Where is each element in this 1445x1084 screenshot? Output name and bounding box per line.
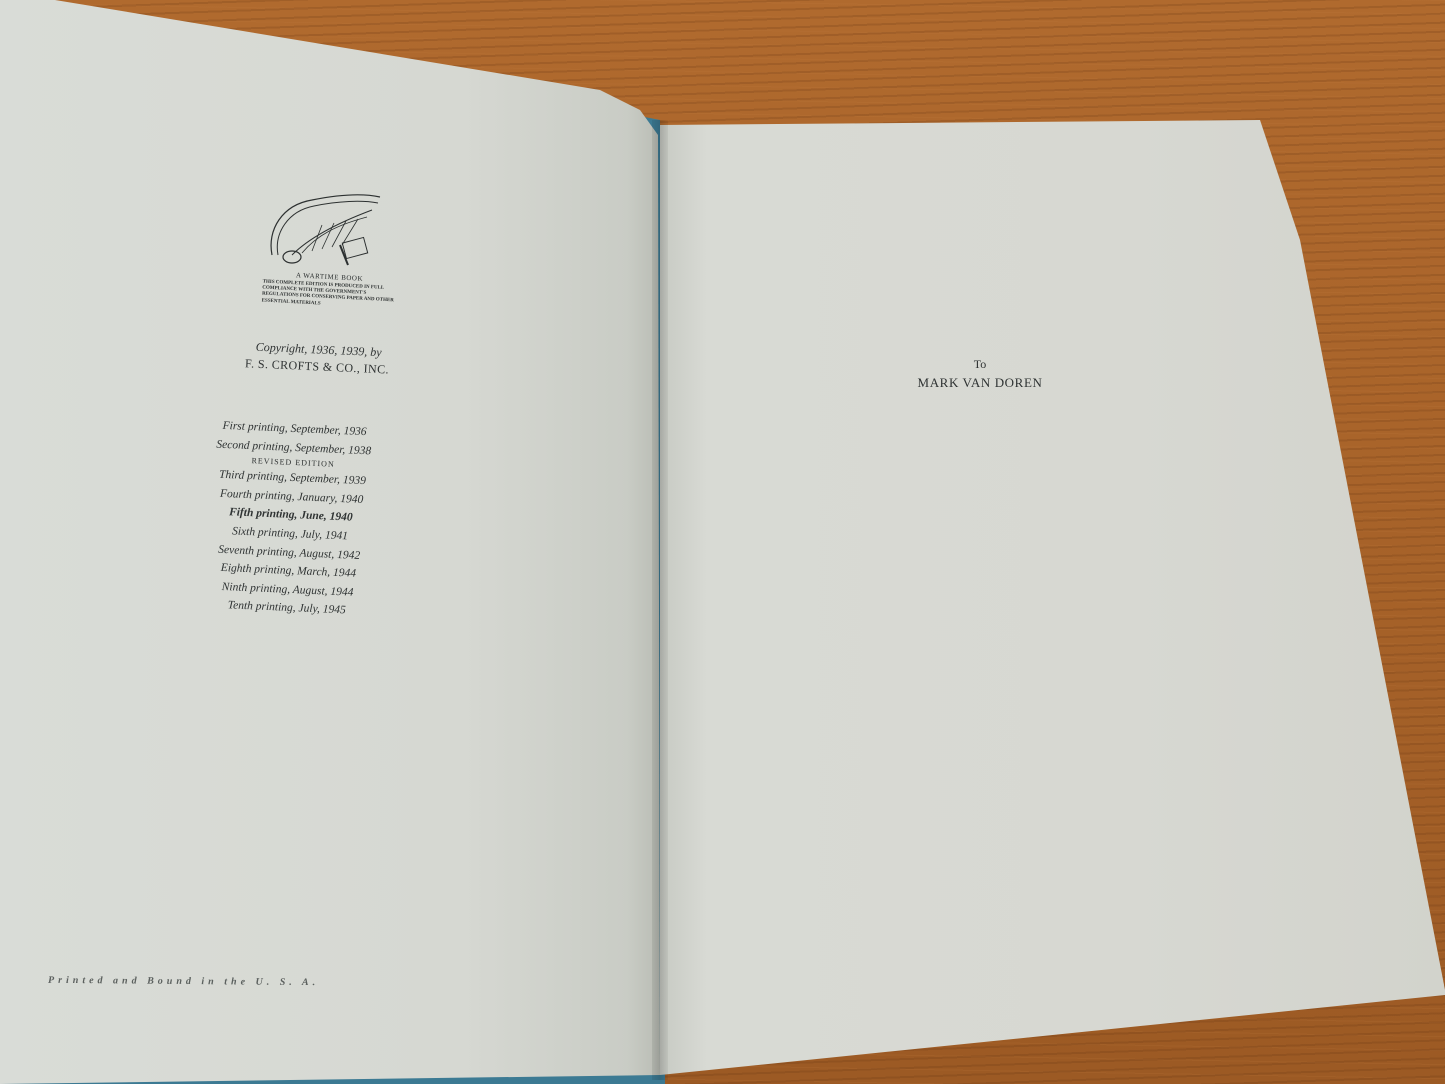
- wartime-book-colophon: A WARTIME BOOK This complete edition is …: [262, 185, 382, 285]
- dedication-to: To: [900, 355, 1060, 373]
- dedication: To MARK VAN DOREN: [900, 355, 1060, 393]
- dedicatee-name: MARK VAN DOREN: [900, 373, 1060, 393]
- printed-in-usa-imprint: Printed and Bound in the U. S. A.: [48, 975, 319, 988]
- printing-history: First printing, September, 1936 Second p…: [181, 415, 399, 622]
- eagle-emblem-icon: [262, 185, 382, 267]
- book-gutter: [652, 120, 668, 1080]
